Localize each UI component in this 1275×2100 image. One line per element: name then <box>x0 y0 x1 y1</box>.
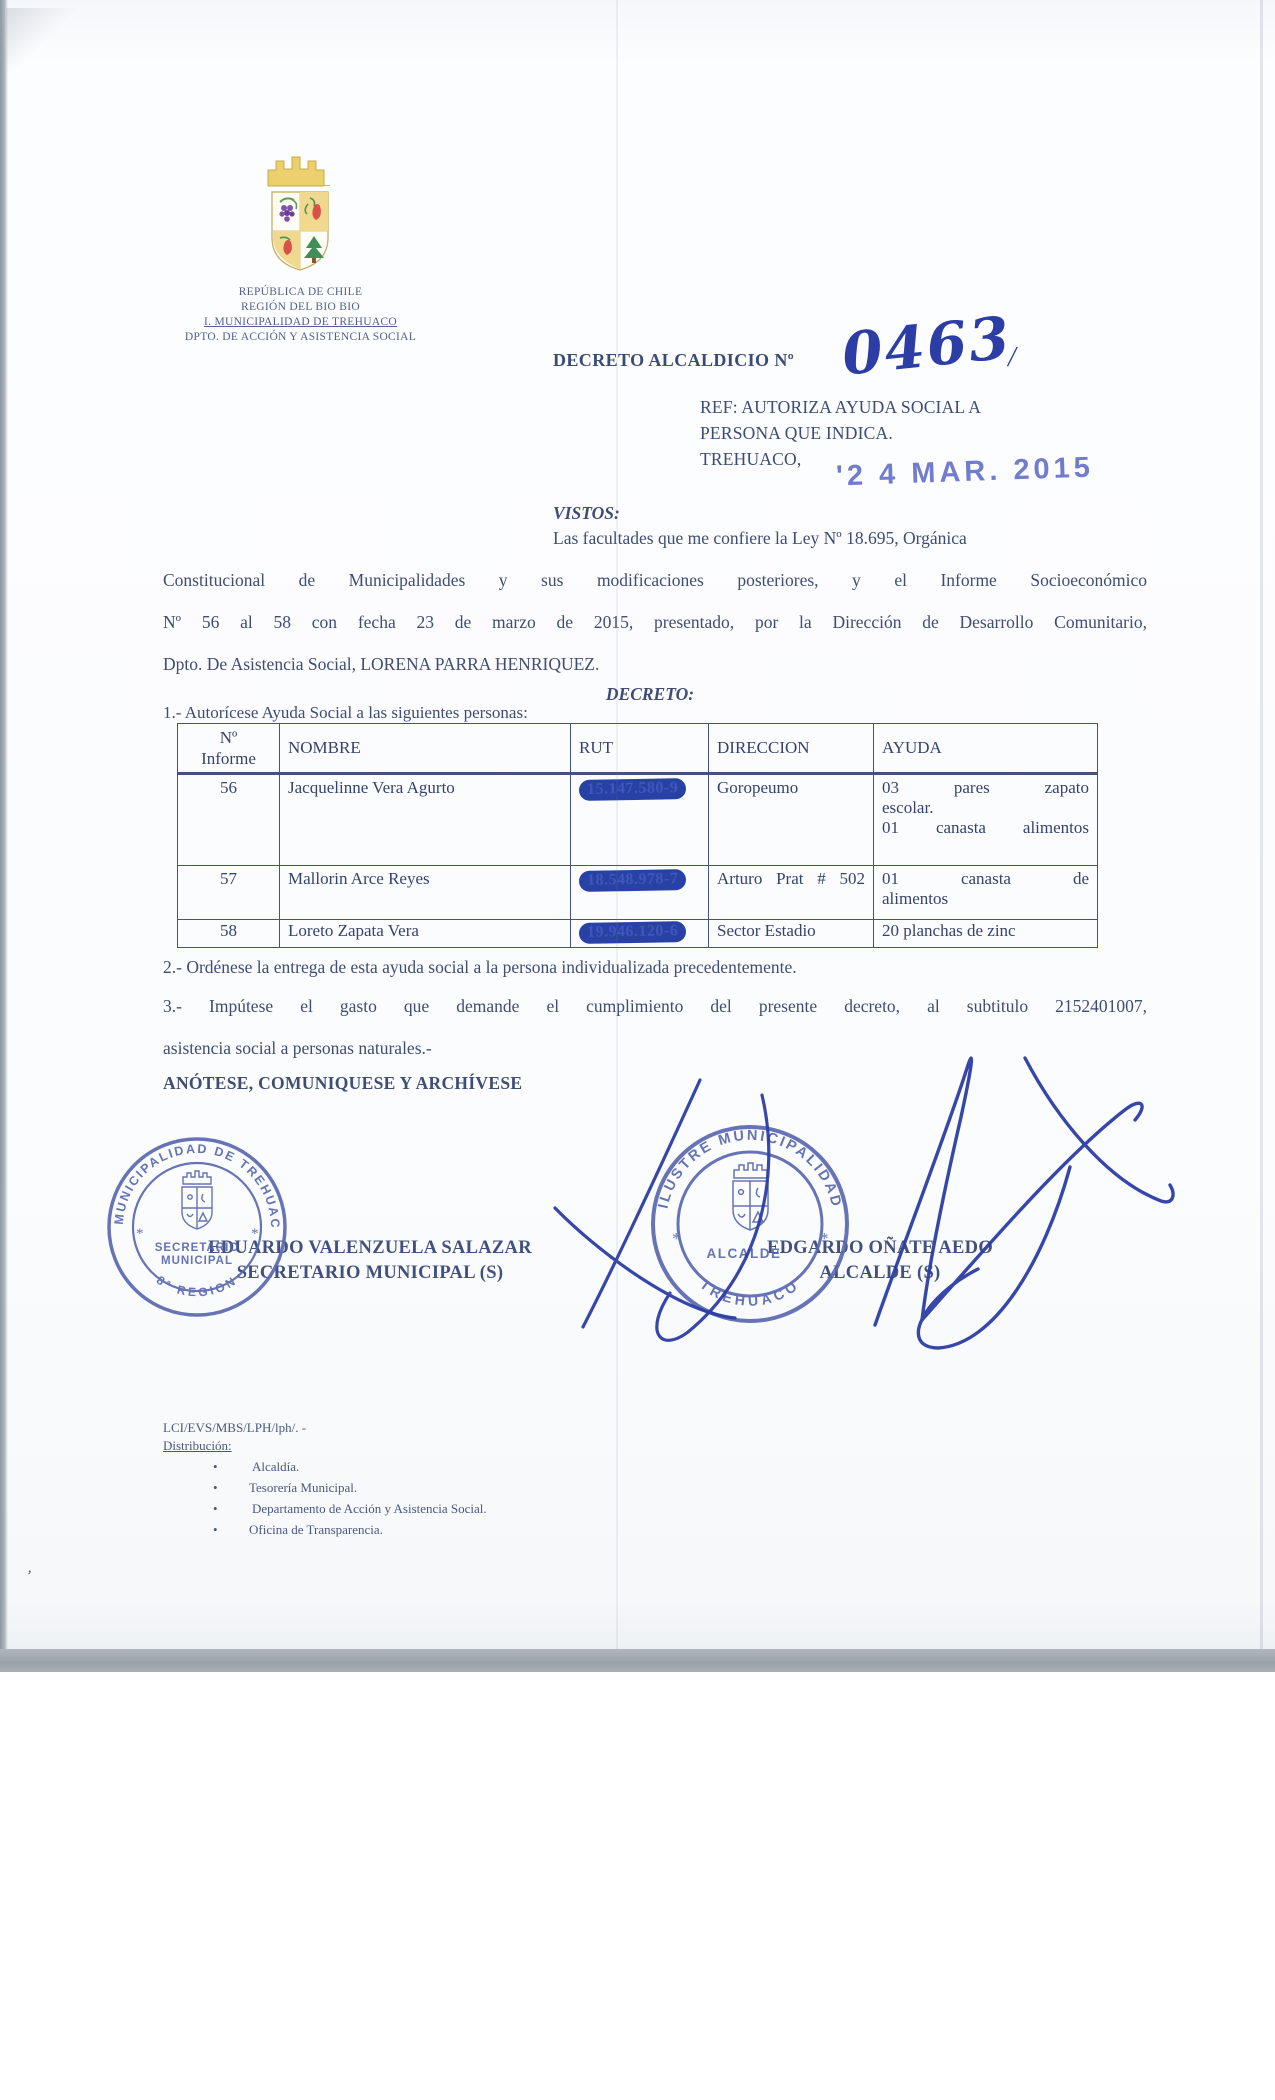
secretary-stamp-icon: I. MUNICIPALIDAD DE TREHUACO 8ª REGION *… <box>102 1132 292 1322</box>
distribution-item-3: Departamento de Acción y Asistencia Soci… <box>252 1501 487 1517</box>
closing-line: ANÓTESE, COMUNIQUESE Y ARCHÍVESE <box>163 1073 522 1094</box>
bullet-icon: • <box>213 1501 218 1517</box>
aid-table: Nº Informe NOMBRE RUT DIRECCION AYUDA 56… <box>177 723 1098 948</box>
mayor-signature-ink <box>830 1025 1180 1355</box>
cell-ayuda: 01 canasta de alimentos <box>874 866 1098 920</box>
secretary-signature-ink <box>470 1060 810 1360</box>
scanned-decree-page: REPÚBLICA DE CHILE REGIÓN DEL BIO BIO I.… <box>0 0 1275 2100</box>
stamp-center-text-2: MUNICIPAL <box>161 1255 233 1267</box>
stamp-emblem-icon <box>182 1171 212 1229</box>
decreto-item-3b: asistencia social a personas naturales.- <box>163 1038 432 1059</box>
letterhead: REPÚBLICA DE CHILE REGIÓN DEL BIO BIO I.… <box>128 285 473 345</box>
paper-crease-line <box>616 0 618 1649</box>
distribution-initials: LCI/EVS/MBS/LPH/lph/. - <box>163 1420 306 1436</box>
cell-rut: 15.147.580-9 <box>571 774 709 866</box>
vistos-line-4: Dpto. De Asistencia Social, LORENA PARRA… <box>163 654 599 675</box>
rut-redaction: 18.548.978-7 <box>579 869 687 892</box>
cell-direccion: Goropeumo <box>709 774 874 866</box>
ref-line-2: PERSONA QUE INDICA. <box>700 423 893 444</box>
direccion-text: Arturo Prat # 502 <box>717 869 865 889</box>
header-informe-line1: Nº <box>186 727 271 748</box>
letterhead-line-4: DPTO. DE ACCIÓN Y ASISTENCIA SOCIAL <box>128 330 473 345</box>
scan-edge-shadow <box>0 0 8 1649</box>
cell-nombre: Mallorin Arce Reyes <box>280 866 571 920</box>
cell-direccion: Arturo Prat # 502 <box>709 866 874 920</box>
cell-rut: 19.946.120-6 <box>571 920 709 948</box>
rut-redaction: 19.946.120-6 <box>579 921 687 944</box>
decreto-item-2: 2.- Ordénese la entrega de esta ayuda so… <box>163 957 797 978</box>
table-row: 57 Mallorin Arce Reyes 18.548.978-7 Artu… <box>178 866 1098 920</box>
header-cell-direccion: DIRECCION <box>709 724 874 774</box>
ayuda-text: 01 canasta alimentos <box>882 818 1089 838</box>
cell-direccion: Sector Estadio <box>709 920 874 948</box>
header-cell-rut: RUT <box>571 724 709 774</box>
distribution-item-1: Alcaldía. <box>252 1459 299 1475</box>
distribution-item-4: Oficina de Transparencia. <box>249 1522 383 1538</box>
distribution-heading: Distribución: <box>163 1438 232 1454</box>
header-informe-line2: Informe <box>186 748 271 769</box>
decreto-item-1: 1.- Autorícese Ayuda Social a las siguie… <box>163 703 528 723</box>
bullet-icon: • <box>213 1522 218 1538</box>
cell-nombre: Jacquelinne Vera Agurto <box>280 774 571 866</box>
table-header-row: Nº Informe NOMBRE RUT DIRECCION AYUDA <box>178 724 1098 774</box>
bullet-icon: • <box>213 1480 218 1496</box>
ayuda-text: 20 planchas de zinc <box>882 921 1089 941</box>
rut-redaction: 15.147.580-9 <box>579 778 687 801</box>
distribution-item-2: Tesorería Municipal. <box>249 1480 357 1496</box>
table-row: 58 Loreto Zapata Vera 19.946.120-6 Secto… <box>178 920 1098 948</box>
header-cell-nombre: NOMBRE <box>280 724 571 774</box>
letterhead-line-2: REGIÓN DEL BIO BIO <box>128 300 473 315</box>
direccion-text: Sector Estadio <box>717 921 865 941</box>
decree-title: DECRETO ALCALDICIO Nº <box>553 350 794 371</box>
svg-text:8ª REGION: 8ª REGION <box>154 1273 240 1299</box>
header-cell-informe: Nº Informe <box>178 724 280 774</box>
paper-fold-shadow <box>6 8 76 98</box>
header-cell-ayuda: AYUDA <box>874 724 1098 774</box>
stamp-star-right: * <box>251 1226 259 1242</box>
stamp-center-text-1: SECRETARIO <box>155 1242 240 1254</box>
cell-informe: 56 <box>178 774 280 866</box>
cell-rut: 18.548.978-7 <box>571 866 709 920</box>
scan-edge-line <box>1260 0 1263 1649</box>
stamp-star-left: * <box>136 1226 144 1242</box>
bullet-icon: • <box>213 1459 218 1475</box>
ref-line-3: TREHUACO, <box>700 449 801 470</box>
cell-informe: 58 <box>178 920 280 948</box>
vistos-line-3: Nº 56 al 58 con fecha 23 de marzo de 201… <box>163 612 1147 633</box>
stamp-star-right: * <box>820 1229 829 1248</box>
scan-bottom-band <box>0 1649 1275 1672</box>
coat-of-arms-icon <box>256 152 344 286</box>
stamp-arc-bottom-text: 8ª REGION <box>154 1273 240 1299</box>
ayuda-text: 03 pares zapato escolar. <box>882 778 1089 818</box>
cell-informe: 57 <box>178 866 280 920</box>
vistos-line-2: Constitucional de Municipalidades y sus … <box>163 570 1147 591</box>
decree-number-slash: / <box>1008 342 1016 374</box>
ref-line-1: REF: AUTORIZA AYUDA SOCIAL A <box>700 397 981 418</box>
cell-ayuda: 03 pares zapato escolar. 01 canasta alim… <box>874 774 1098 866</box>
cell-nombre: Loreto Zapata Vera <box>280 920 571 948</box>
letterhead-line-1: REPÚBLICA DE CHILE <box>128 285 473 300</box>
decreto-item-3a: 3.- Impútese el gasto que demande el cum… <box>163 996 1147 1017</box>
table-row: 56 Jacquelinne Vera Agurto 15.147.580-9 … <box>178 774 1098 866</box>
decreto-heading: DECRETO: <box>450 684 850 705</box>
cell-ayuda: 20 planchas de zinc <box>874 920 1098 948</box>
letterhead-line-3: I. MUNICIPALIDAD DE TREHUACO <box>128 315 473 330</box>
direccion-text: Goropeumo <box>717 778 865 798</box>
vistos-heading: VISTOS: <box>553 503 620 524</box>
ayuda-text: 01 canasta de alimentos <box>882 869 1089 909</box>
